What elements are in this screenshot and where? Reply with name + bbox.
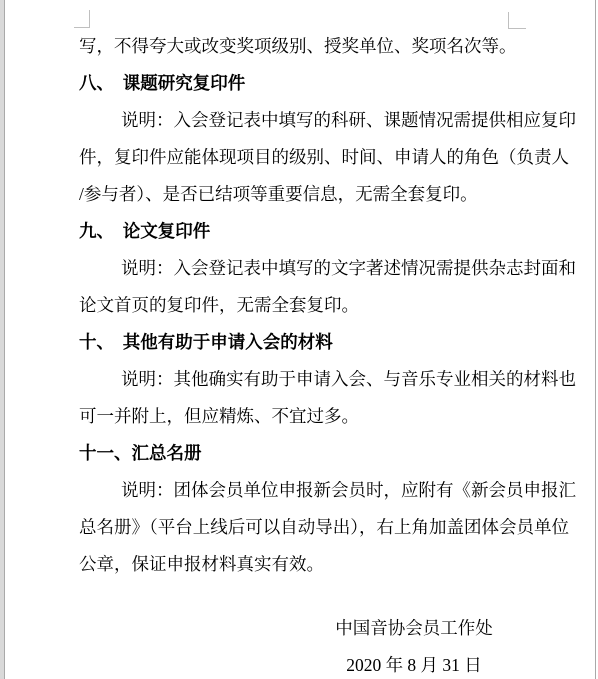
body-line: 写，不得夸大或改变奖项级别、授奖单位、奖项名次等。 bbox=[79, 28, 565, 65]
signature-date: 2020 年 8 月 31 日 bbox=[294, 647, 534, 679]
document-canvas: 写，不得夸大或改变奖项级别、授奖单位、奖项名次等。 八、 课题研究复印件 说明：… bbox=[0, 0, 598, 679]
section-heading-10: 十、 其他有助于申请入会的材料 bbox=[79, 324, 565, 361]
signature-block: 中国音协会员工作处 2020 年 8 月 31 日 bbox=[294, 610, 534, 679]
body-line: 说明：入会登记表中填写的文字著述情况需提供杂志封面和 bbox=[79, 250, 565, 287]
body-line: 件，复印件应能体现项目的级别、时间、申请人的角色（负责人 bbox=[79, 139, 565, 176]
body-line: 说明：其他确实有助于申请入会、与音乐专业相关的材料也 bbox=[79, 361, 565, 398]
body-line: 公章，保证申报材料真实有效。 bbox=[79, 546, 565, 583]
section-heading-8: 八、 课题研究复印件 bbox=[79, 65, 565, 102]
section-heading-9: 九、 论文复印件 bbox=[79, 213, 565, 250]
body-line: /参与者）、是否已结项等重要信息，无需全套复印。 bbox=[79, 176, 565, 213]
document-body: 写，不得夸大或改变奖项级别、授奖单位、奖项名次等。 八、 课题研究复印件 说明：… bbox=[5, 0, 595, 583]
section-heading-11: 十一、汇总名册 bbox=[79, 435, 565, 472]
crop-mark-top-left-icon bbox=[74, 10, 90, 28]
body-line: 总名册》（平台上线后可以自动导出），右上角加盖团体会员单位 bbox=[79, 509, 565, 546]
body-line: 论文首页的复印件，无需全套复印。 bbox=[79, 287, 565, 324]
body-line: 说明：入会登记表中填写的科研、课题情况需提供相应复印 bbox=[79, 102, 565, 139]
crop-mark-top-right-icon bbox=[508, 12, 526, 29]
body-line: 可一并附上，但应精炼、不宜过多。 bbox=[79, 398, 565, 435]
signature-org: 中国音协会员工作处 bbox=[294, 610, 534, 647]
document-page: 写，不得夸大或改变奖项级别、授奖单位、奖项名次等。 八、 课题研究复印件 说明：… bbox=[4, 0, 596, 679]
body-line: 说明：团体会员单位申报新会员时，应附有《新会员申报汇 bbox=[79, 472, 565, 509]
